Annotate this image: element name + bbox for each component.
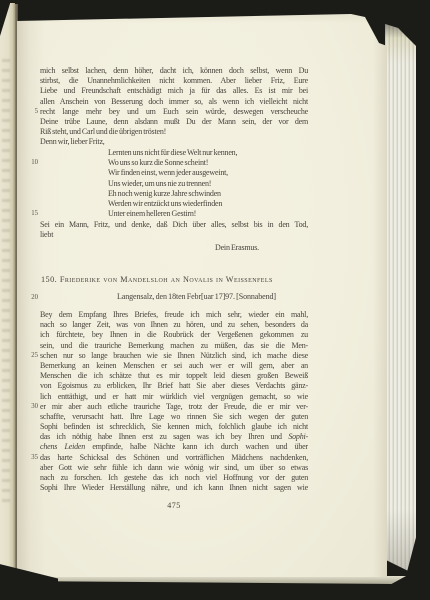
- letter-149-paragraph: mich selbst lachen, denn höher, dacht ic…: [40, 66, 308, 148]
- letter-line: liebt: [40, 230, 308, 240]
- letter-line: Denn wir, lieber Fritz,: [40, 137, 308, 147]
- letter-line: ich fürchtete, bey Ihnen in die Roubrück…: [40, 330, 308, 340]
- letter-line: stirbst, die Unannehmlichkeiten nicht ko…: [40, 76, 308, 86]
- letter-line-text: das ich nöthig habe Ihnen erst zu sagen …: [40, 432, 288, 441]
- letter-line: Deine trübe Laune, denn alsdann mußt Du …: [40, 117, 308, 127]
- letter-line: aber Gott wie sehr fühle ich dann wie wö…: [40, 463, 308, 473]
- letter-dateline: Langensalz, den 18ten Febr[uar 17]97. [S…: [117, 292, 377, 302]
- letter-line: er mir aber auch etliche trauriche Tage,…: [40, 402, 308, 412]
- poem-line: Lernten uns nicht für diese Welt nur ken…: [108, 148, 328, 158]
- letter-line: Bey dem Empfang Ihres Briefes, freude ic…: [40, 310, 308, 320]
- letter-line: das harte Schicksal des Schönen und vort…: [40, 453, 308, 463]
- letter-line: nach zu forschen. Ich gestehe das ich no…: [40, 473, 308, 483]
- poem-line: Uns wieder, um uns nie zu trennen!: [108, 179, 328, 189]
- letter-line: Bemerkung an keinen Menschen er sei auch…: [40, 361, 308, 371]
- letter-line: nach so langer Zeit, was von Ihnen zu hö…: [40, 320, 308, 330]
- facing-page-edge: [0, 3, 15, 583]
- letter-line: das ich nöthig habe Ihnen erst zu sagen …: [40, 432, 308, 442]
- letter-signature: Dein Erasmus.: [215, 243, 259, 253]
- letter-149-poem: Lernten uns nicht für diese Welt nur ken…: [108, 148, 328, 219]
- letter-line: mich selbst lachen, denn höher, dacht ic…: [40, 66, 308, 76]
- letter-line: lich enttäthigt, und er hatt mir würklic…: [40, 392, 308, 402]
- book-page: 5 10 15 20 25 30 35 mich selbst lachen, …: [17, 13, 387, 577]
- margin-line-number: 15: [22, 209, 38, 219]
- letter-line-italic: Sophi-: [288, 432, 308, 441]
- poem-line: Unter einem helleren Gestirn!: [108, 209, 328, 219]
- poem-line: Eh noch wenig kurze Jahre schwinden: [108, 189, 328, 199]
- letter-line-text: empfinde, halbe Nächte kann ich durch wa…: [85, 442, 308, 451]
- letter-heading: 150. Friederike von Mandelsloh an Novali…: [41, 275, 341, 285]
- margin-line-number: 35: [22, 453, 38, 463]
- margin-line-number: 30: [22, 402, 38, 412]
- letter-line: von Egoismus zu erblicken, Ihr Brief hat…: [40, 381, 308, 391]
- letter-150-body: Bey dem Empfang Ihres Briefes, freude ic…: [40, 310, 308, 493]
- letter-line: Liebe und Freundschaft entschädigt mich …: [40, 86, 308, 96]
- margin-line-number: 25: [22, 351, 38, 361]
- page-number: 475: [40, 501, 308, 510]
- letter-line: allen Anschein von Besserung doch immer …: [40, 97, 308, 107]
- margin-line-number: 10: [22, 158, 38, 168]
- poem-line: Wo uns so kurz die Sonne scheint!: [108, 158, 328, 168]
- letter-line: Sei ein Mann, Fritz, und denke, daß Dich…: [40, 220, 308, 230]
- letter-line: schaffte, verursacht hatt. Ihre Lage wo …: [40, 412, 308, 422]
- poem-line: Wir finden einst, wenn jeder ausgeweint,: [108, 168, 328, 178]
- letter-line: recht lange mehr bey und um Euch sein wü…: [40, 107, 308, 117]
- letter-line: Sophi Ihre Wieder Herställung nähre, und…: [40, 483, 308, 493]
- letter-line: chens Leiden empfinde, halbe Nächte kann…: [40, 442, 308, 452]
- letter-line: Sophi befinden ist schrecklich, Sie kenn…: [40, 422, 308, 432]
- letter-line-italic: chens Leiden: [40, 442, 85, 451]
- poem-line: Werden wir entzückt uns wiederfinden: [108, 199, 328, 209]
- margin-line-number: 5: [22, 107, 38, 117]
- letter-line: schen nur so lange brauchen wie sie Ihne…: [40, 351, 308, 361]
- letter-line: Riß steht, und Carl und die übrigen trös…: [40, 127, 308, 137]
- fore-edge-page-stack: [385, 24, 416, 576]
- letter-line: Menschen die ich schätze thut es mir top…: [40, 371, 308, 381]
- bottom-page-stack: [44, 576, 406, 584]
- letter-line: sein, und die trauriche Bemerkung machen…: [40, 341, 308, 351]
- letter-149-closing: Sei ein Mann, Fritz, und denke, daß Dich…: [40, 220, 308, 240]
- margin-line-number: 20: [22, 293, 38, 303]
